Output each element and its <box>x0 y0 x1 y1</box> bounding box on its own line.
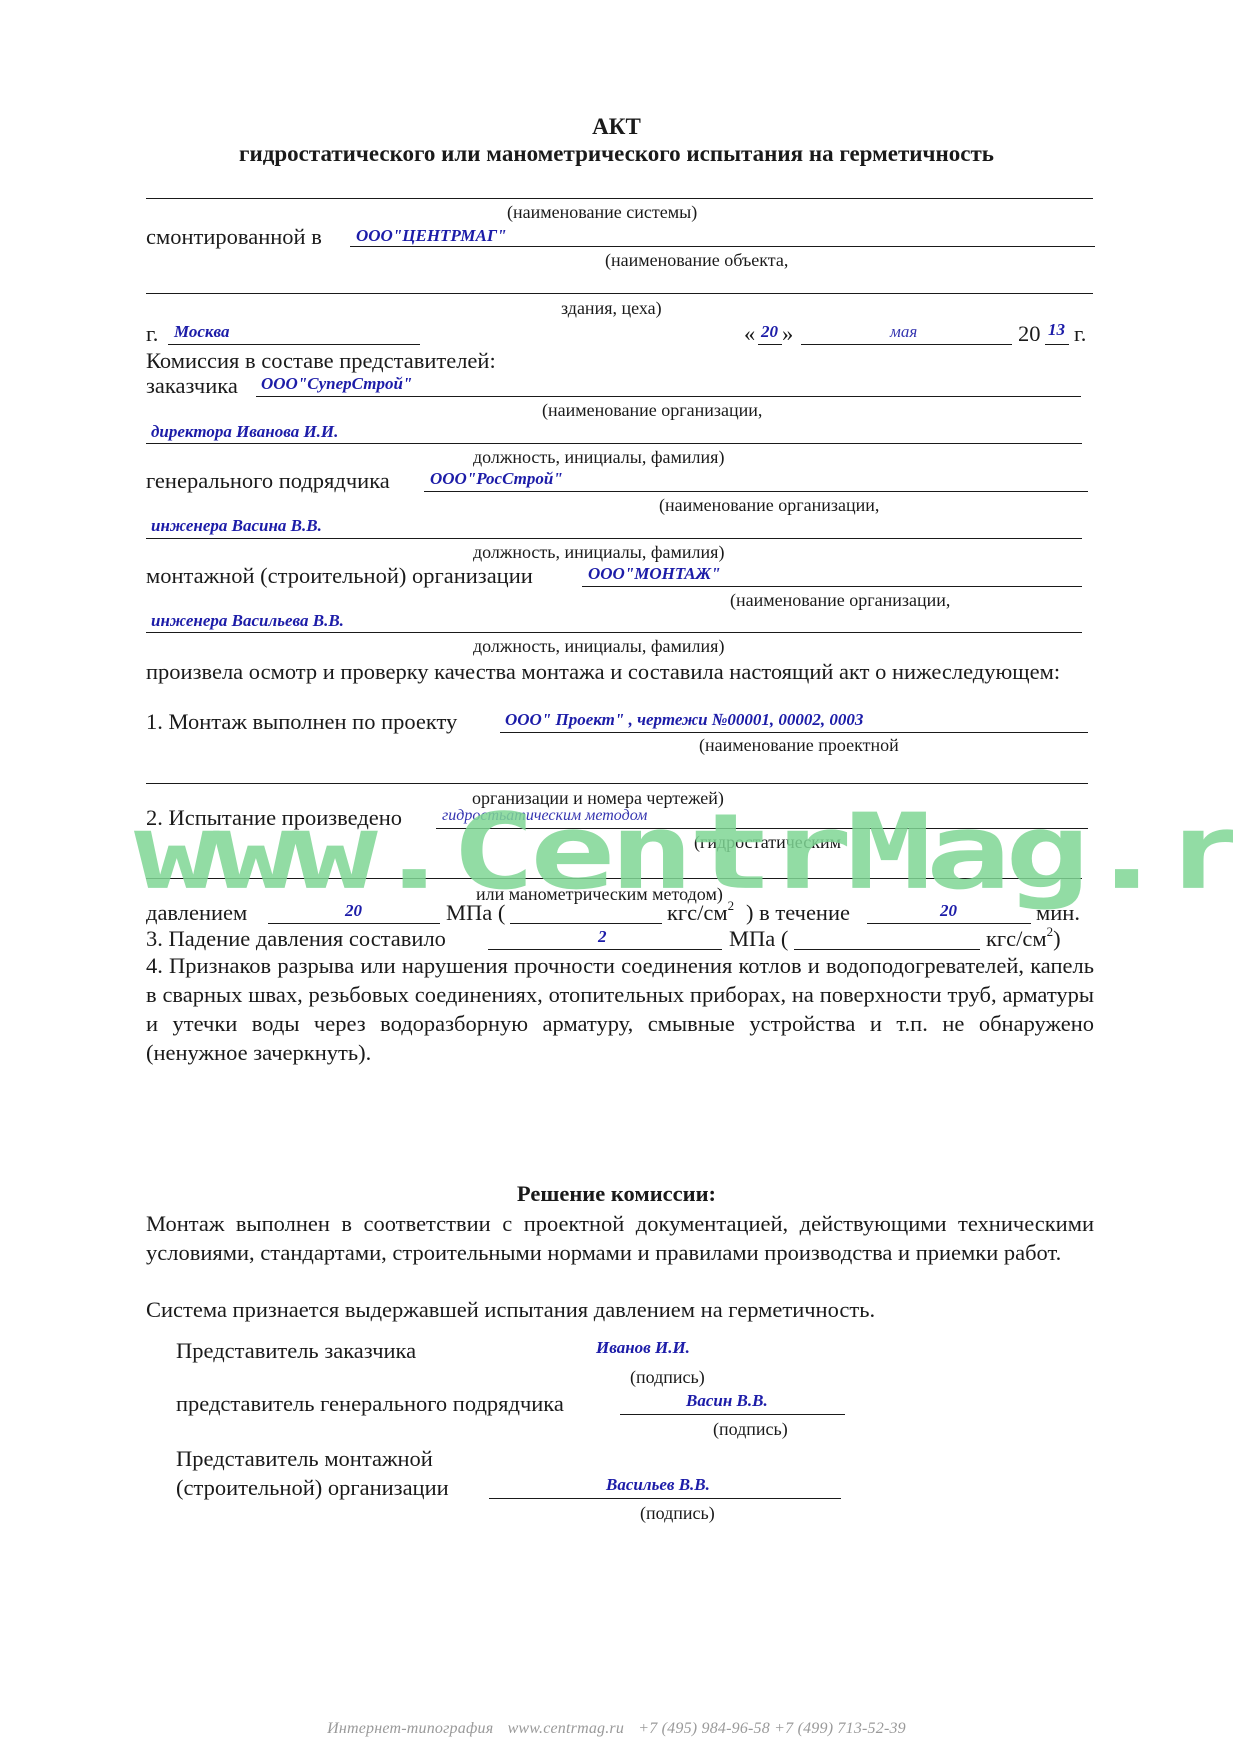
sig-installer-field[interactable] <box>489 1498 841 1499</box>
label-sig-customer: Представитель заказчика <box>176 1338 416 1364</box>
installer-org-field[interactable] <box>582 586 1082 587</box>
label-kgs-2: кгс/см2) <box>986 926 1061 952</box>
hint-object-name: (наименование объекта, <box>605 250 788 270</box>
sig-general-field[interactable] <box>620 1414 845 1415</box>
value-installer-person: инженера Васильева В.В. <box>151 611 344 631</box>
value-drop-mpa: 2 <box>598 927 607 947</box>
value-duration: 20 <box>940 901 957 921</box>
label-commission: Комиссия в составе представителей: <box>146 348 496 374</box>
year-prefix: 20 <box>1018 321 1041 347</box>
decision-text: Монтаж выполнен в соответствии с проектн… <box>146 1209 1094 1267</box>
label-customer: заказчика <box>146 373 238 399</box>
hint-general-person: должность, инициалы, фамилия) <box>473 542 724 562</box>
hint-installer-person: должность, инициалы, фамилия) <box>473 636 724 656</box>
value-general-org: ООО"РосСтрой" <box>430 469 563 489</box>
label-mpa-open: МПа ( <box>446 900 505 926</box>
city-field[interactable] <box>168 344 420 345</box>
duration-field[interactable] <box>867 923 1031 924</box>
document-title: АКТ <box>0 114 1233 140</box>
general-person-field[interactable] <box>146 538 1082 539</box>
value-project: ООО" Проект" , чертежи №00001, 00002, 00… <box>505 710 863 730</box>
hint-customer-person: должность, инициалы, фамилия) <box>473 447 724 467</box>
label-sig-installer-1: Представитель монтажной <box>176 1446 433 1472</box>
label-item1: 1. Монтаж выполнен по проекту <box>146 709 457 735</box>
hint-signature-installer: (подпись) <box>640 1503 715 1523</box>
hint-project-drawings: организации и номера чертежей) <box>472 788 724 808</box>
month-field[interactable] <box>801 344 1012 345</box>
value-test-method: гидростьатическим методом <box>442 806 647 826</box>
hint-project-org: (наименование проектной <box>699 735 899 755</box>
customer-person-field[interactable] <box>146 443 1082 444</box>
hint-signature-general: (подпись) <box>713 1419 788 1439</box>
test-method-field[interactable] <box>436 828 1088 829</box>
document-page: АКТ гидростатического или манометрическо… <box>0 0 1233 1745</box>
label-mounted-in: смонтированной в <box>146 224 322 250</box>
decision-result: Система признается выдержавшей испытания… <box>146 1297 875 1323</box>
pressure-kgs-field[interactable] <box>510 923 662 924</box>
label-kgs: кгс/см2 <box>667 900 734 926</box>
customer-org-field[interactable] <box>256 396 1081 397</box>
label-minutes: мин. <box>1036 900 1080 926</box>
footer-company: Интернет-типография <box>327 1720 493 1737</box>
installer-person-field[interactable] <box>146 632 1082 633</box>
label-city: г. <box>146 321 158 347</box>
hint-signature-customer: (подпись) <box>630 1367 705 1387</box>
label-installer: монтажной (строительной) организации <box>146 563 533 589</box>
value-sig-general: Васин В.В. <box>686 1391 768 1411</box>
document-subtitle: гидростатического или манометрического и… <box>0 141 1233 167</box>
date-open-quote: « <box>744 321 755 347</box>
value-customer-person: директора Иванова И.И. <box>151 422 338 442</box>
item4-text: 4. Признаков разрыва или нарушения прочн… <box>146 951 1094 1067</box>
footer-site[interactable]: www.centrmag.ru <box>508 1720 624 1737</box>
hint-customer-org: (наименование организации, <box>542 400 762 420</box>
value-year: 13 <box>1048 320 1065 340</box>
value-sig-installer: Васильев В.В. <box>606 1475 710 1495</box>
label-sig-general: представитель генерального подрядчика <box>176 1391 564 1417</box>
project-field[interactable] <box>500 732 1088 733</box>
footer-phone-1: +7 (495) 984-96-58 <box>638 1720 770 1737</box>
hint-general-org: (наименование организации, <box>659 495 879 515</box>
day-field[interactable] <box>758 344 782 345</box>
value-pressure-mpa: 20 <box>345 901 362 921</box>
value-sig-customer[interactable]: Иванов И.И. <box>596 1338 690 1358</box>
label-item2: 2. Испытание произведено <box>146 805 402 831</box>
project-drawings-field[interactable] <box>146 783 1088 784</box>
label-general-contractor: генерального подрядчика <box>146 468 390 494</box>
test-method-field-2[interactable] <box>146 878 1082 879</box>
system-name-field[interactable] <box>146 198 1093 199</box>
year-suffix: г. <box>1074 321 1086 347</box>
value-mounted-in: ООО"ЦЕНТРМАГ" <box>356 226 507 246</box>
value-installer-org: ООО"МОНТАЖ" <box>588 564 721 584</box>
year-field[interactable] <box>1045 344 1069 345</box>
value-customer-org: ООО"СуперСтрой" <box>261 374 412 394</box>
drop-kgs-field[interactable] <box>794 949 980 950</box>
pressure-mpa-field[interactable] <box>268 923 440 924</box>
hint-building: здания, цеха) <box>561 298 662 318</box>
label-mpa-open-2: МПа ( <box>729 926 788 952</box>
label-sig-installer-2: (строительной) организации <box>176 1475 449 1501</box>
value-city: Москва <box>174 322 230 342</box>
footer: Интернет-типография www.centrmag.ru +7 (… <box>0 1720 1233 1738</box>
date-close-quote: » <box>782 321 793 347</box>
inspection-text: произвела осмотр и проверку качества мон… <box>146 657 1094 686</box>
footer-phone-2: +7 (499) 713-52-39 <box>774 1720 906 1737</box>
hint-system-name: (наименование системы) <box>507 202 697 222</box>
mounted-in-field[interactable] <box>350 246 1095 247</box>
general-org-field[interactable] <box>424 491 1088 492</box>
value-general-person: инженера Васина В.В. <box>151 516 322 536</box>
decision-title: Решение комиссии: <box>0 1181 1233 1207</box>
hint-installer-org: (наименование организации, <box>730 590 950 610</box>
value-month: мая <box>890 322 917 342</box>
hint-method-a: (гидростатическим <box>694 832 841 852</box>
label-during: ) в течение <box>746 900 850 926</box>
label-pressure: давлением <box>146 900 247 926</box>
label-item3: 3. Падение давления составило <box>146 926 446 952</box>
building-field[interactable] <box>146 293 1093 294</box>
drop-mpa-field[interactable] <box>488 949 722 950</box>
value-day: 20 <box>761 322 778 342</box>
